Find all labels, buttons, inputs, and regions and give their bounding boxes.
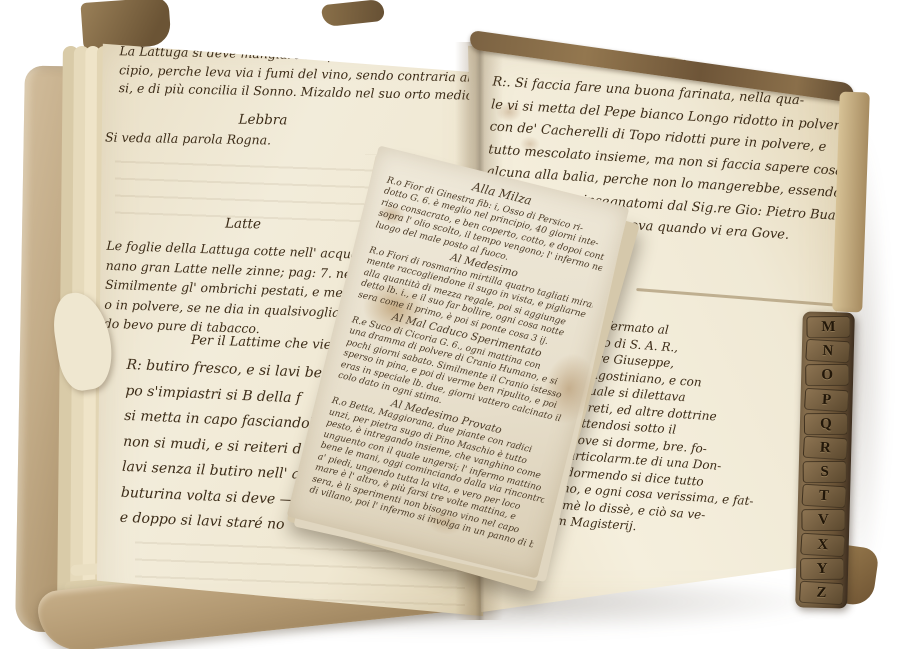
left-page-heading-latte: Latte — [203, 215, 283, 233]
thumb-index-tab: Y — [800, 557, 844, 580]
photograph: La Lattuga si deve mangiare ne' pasti da… — [0, 0, 900, 649]
left-page-heading-lebbra: Lebbra — [203, 111, 323, 129]
thumb-index-tab: M — [806, 316, 850, 339]
vellum-cover-top-corner — [80, 0, 171, 51]
thumb-index-tab: R — [803, 436, 848, 461]
thumb-index-tab: T — [801, 484, 846, 509]
thumb-index-tab: X — [800, 532, 845, 557]
thumb-index-tab: P — [804, 387, 849, 412]
thumb-index: MNOPQRSTVXYZ — [795, 311, 855, 608]
inserted-leaf-edge — [636, 288, 841, 307]
thumb-index-tab: O — [805, 364, 849, 387]
thumb-index-tab: V — [801, 509, 845, 532]
thumb-index-tab: N — [805, 339, 850, 364]
left-page-lebbra-line: Si veda alla parola Rogna. — [105, 130, 385, 150]
thumb-index-tab: Q — [804, 413, 848, 436]
thumb-index-tab: S — [803, 461, 847, 484]
thumb-index-tab: Z — [799, 581, 844, 606]
spine-head-fragment — [321, 0, 385, 27]
left-page-lattuga-paragraph: La Lattuga si deve mangiare ne' pasti da… — [118, 42, 483, 105]
